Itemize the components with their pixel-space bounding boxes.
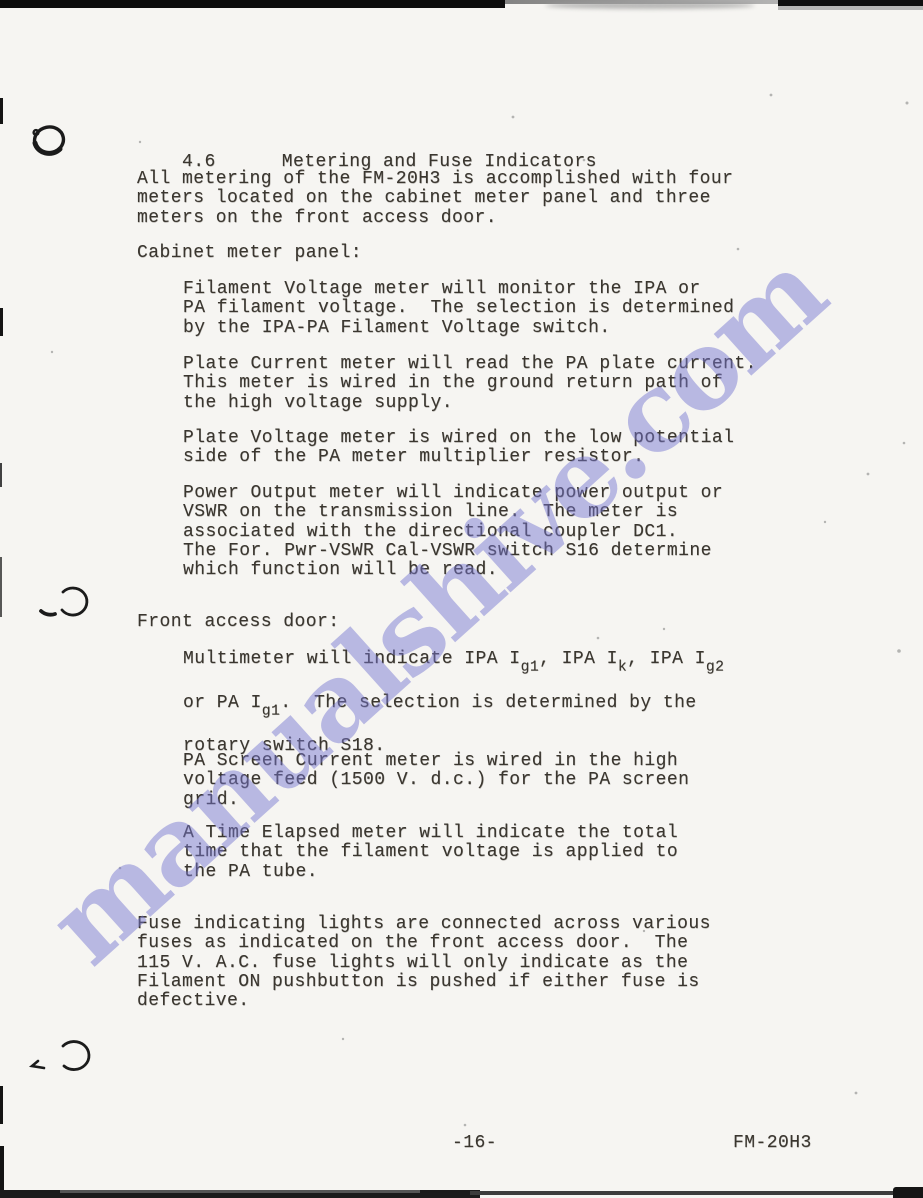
- pa-screen-current-paragraph: PA Screen Current meter is wired in the …: [183, 752, 689, 810]
- text-line: PA filament voltage. The selection is de…: [183, 299, 734, 318]
- text-line: All metering of the FM-20H3 is accomplis…: [137, 170, 733, 189]
- front-access-door-label: Front access door:: [137, 613, 340, 632]
- text-line: which function will be read.: [183, 561, 723, 580]
- text-line: VSWR on the transmission line. The meter…: [183, 503, 723, 522]
- text-line: defective.: [137, 992, 711, 1011]
- text-line: Plate Current meter will read the PA pla…: [183, 355, 757, 374]
- scan-top-bar-left: [0, 0, 505, 8]
- scan-edge-mark: [0, 308, 3, 336]
- scan-edge-mark: [0, 98, 3, 124]
- text-line: Filament ON pushbutton is pushed if eith…: [137, 973, 711, 992]
- plate-current-paragraph: Plate Current meter will read the PA pla…: [183, 355, 757, 413]
- scan-top-bar-smudge: [545, 2, 755, 9]
- page-number: -16-: [452, 1133, 497, 1153]
- text-line: or PA Ig1. The selection is determined b…: [183, 686, 724, 730]
- text-line: associated with the directional coupler …: [183, 523, 723, 542]
- scan-bottom-bar-corner: [893, 1187, 923, 1198]
- pen-circle-bottom: [32, 1042, 89, 1070]
- text-line: side of the PA meter multiplier resistor…: [183, 448, 734, 467]
- text-line: meters located on the cabinet meter pane…: [137, 189, 733, 208]
- pen-circle-middle: [41, 588, 87, 615]
- intro-paragraph: All metering of the FM-20H3 is accomplis…: [137, 170, 733, 228]
- text-line: PA Screen Current meter is wired in the …: [183, 752, 689, 771]
- multimeter-paragraph: Multimeter will indicate IPA Ig1, IPA Ik…: [183, 642, 724, 764]
- filament-voltage-paragraph: Filament Voltage meter will monitor the …: [183, 280, 734, 338]
- text-line: Multimeter will indicate IPA Ig1, IPA Ik…: [183, 642, 724, 686]
- fuse-lights-paragraph: Fuse indicating lights are connected acr…: [137, 915, 711, 1011]
- text-line: by the IPA-PA Filament Voltage switch.: [183, 319, 734, 338]
- cabinet-panel-label: Cabinet meter panel:: [137, 244, 362, 263]
- scan-bottom-bar-highlight: [60, 1190, 420, 1193]
- power-output-paragraph: Power Output meter will indicate power o…: [183, 484, 723, 580]
- text-line: 115 V. A.C. fuse lights will only indica…: [137, 954, 711, 973]
- pen-circle-top: [32, 124, 66, 155]
- time-elapsed-paragraph: A Time Elapsed meter will indicate the t…: [183, 824, 678, 882]
- text-line: grid.: [183, 791, 689, 810]
- text-line: the high voltage supply.: [183, 394, 757, 413]
- plate-voltage-paragraph: Plate Voltage meter is wired on the low …: [183, 429, 734, 468]
- text-line: The For. Pwr-VSWR Cal-VSWR switch S16 de…: [183, 542, 723, 561]
- text-line: fuses as indicated on the front access d…: [137, 934, 711, 953]
- scan-edge-mark: [0, 463, 2, 487]
- text-line: voltage feed (1500 V. d.c.) for the PA s…: [183, 771, 689, 790]
- text-line: time that the filament voltage is applie…: [183, 843, 678, 862]
- scan-bottom-bar-right: [470, 1191, 923, 1195]
- scanned-manual-page: 4.6Metering and Fuse Indicators All mete…: [0, 0, 923, 1198]
- scan-edge-mark: [0, 557, 2, 617]
- document-number: FM-20H3: [733, 1133, 812, 1153]
- text-line: This meter is wired in the ground return…: [183, 374, 757, 393]
- text-line: Plate Voltage meter is wired on the low …: [183, 429, 734, 448]
- scan-top-bar-right-shadow: [778, 6, 923, 10]
- text-line: Filament Voltage meter will monitor the …: [183, 280, 734, 299]
- text-line: the PA tube.: [183, 863, 678, 882]
- scan-edge-mark: [0, 1086, 3, 1124]
- text-line: Power Output meter will indicate power o…: [183, 484, 723, 503]
- text-line: meters on the front access door.: [137, 209, 733, 228]
- text-line: A Time Elapsed meter will indicate the t…: [183, 824, 678, 843]
- text-line: Fuse indicating lights are connected acr…: [137, 915, 711, 934]
